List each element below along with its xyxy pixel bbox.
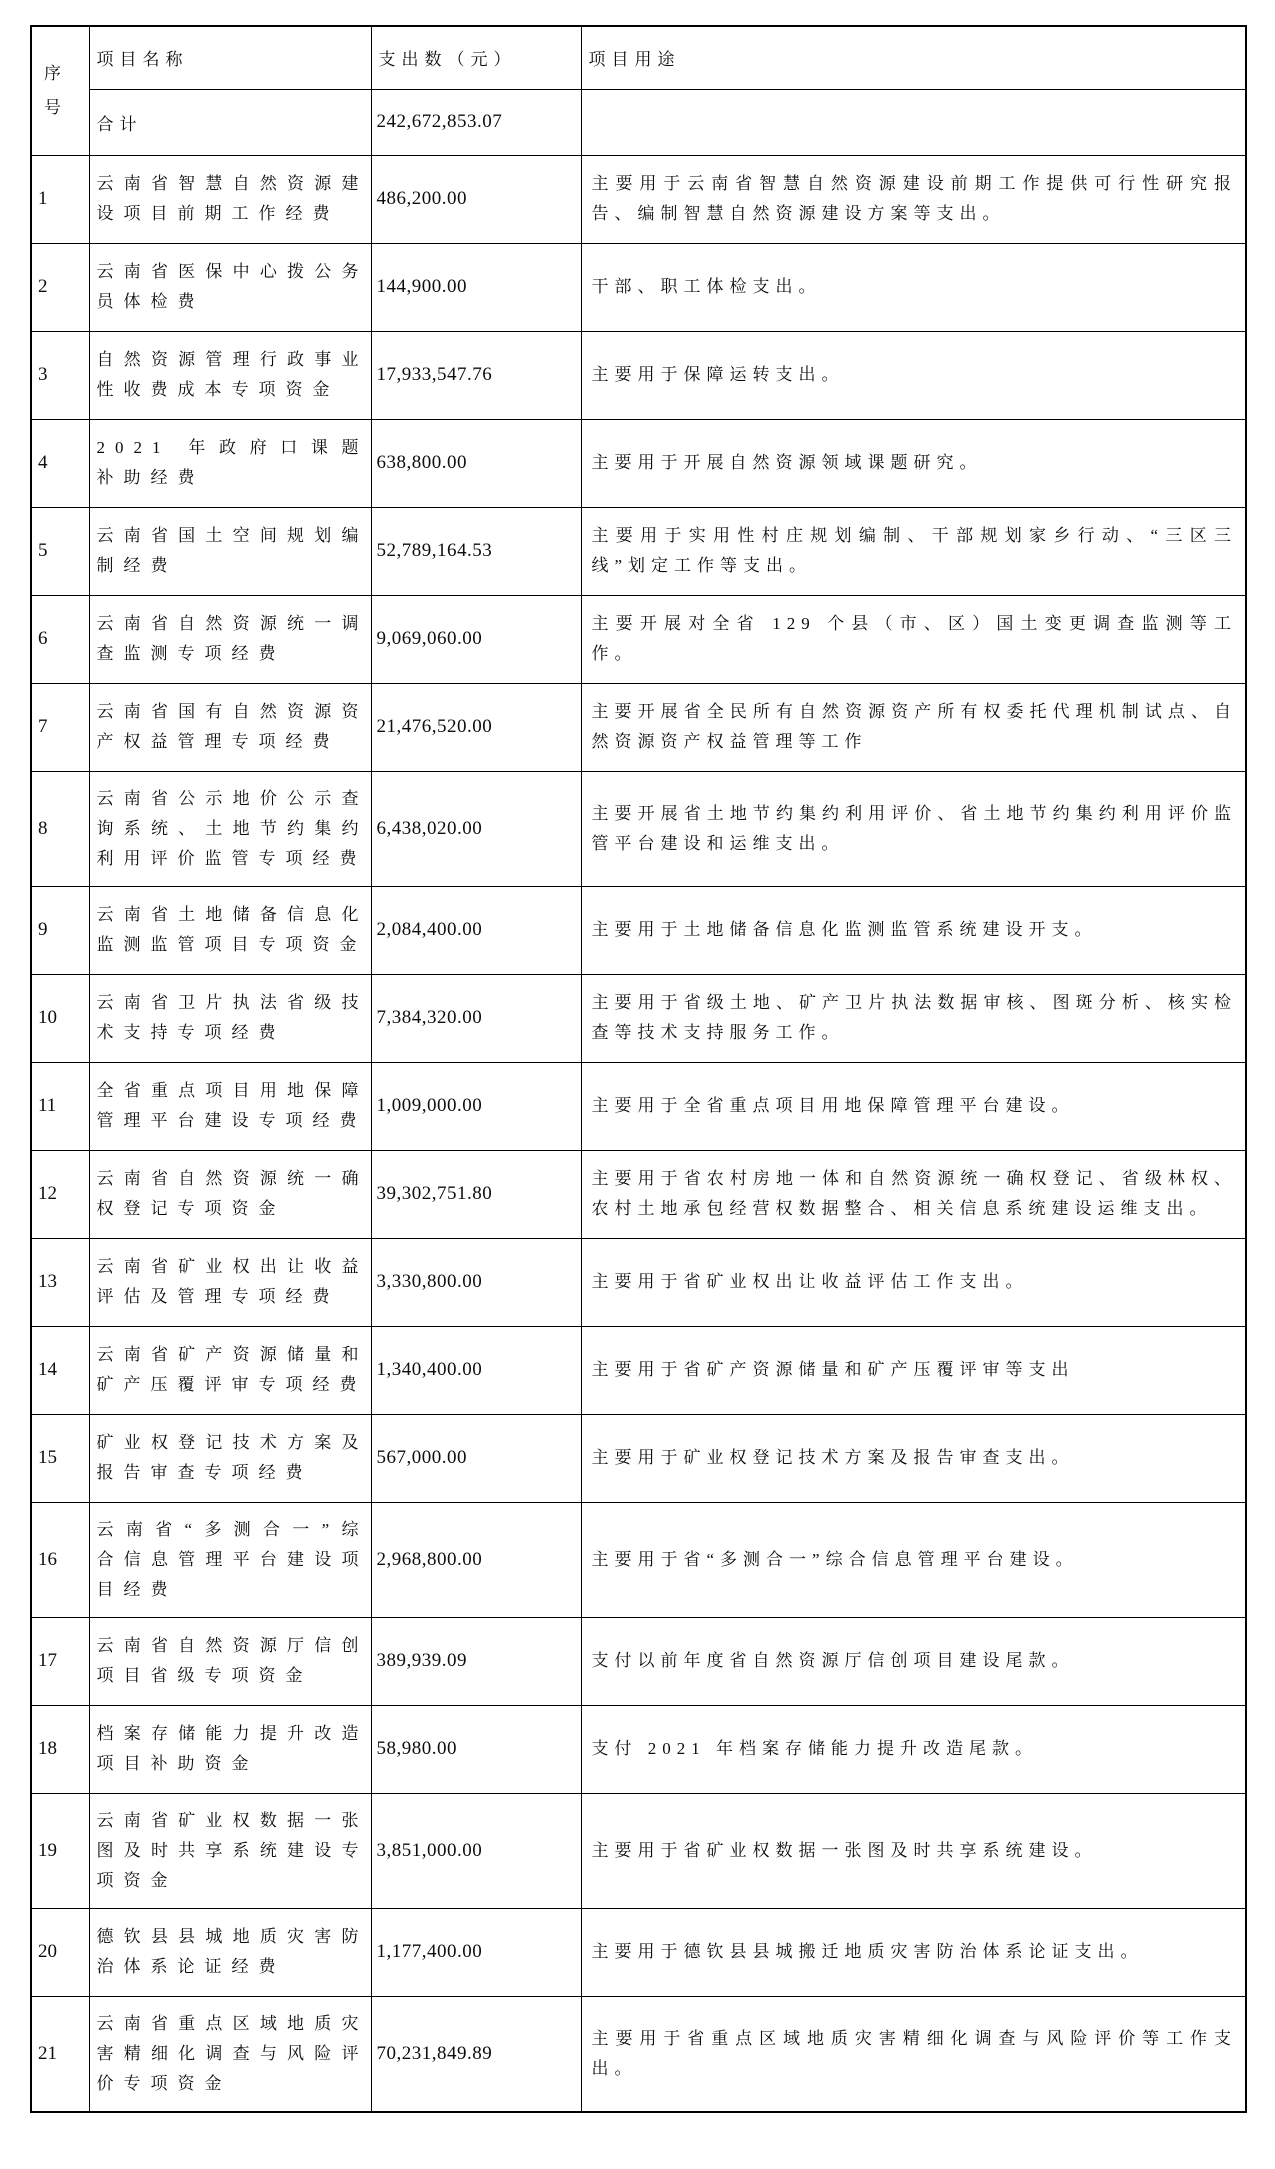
row-index-cell: 8: [31, 771, 89, 886]
project-name-cell: 档案存储能力提升改造项目补助资金: [89, 1705, 371, 1793]
document-page: 序号 项目名称 支出数（元） 项目用途 合计 242,672,853.07 1 …: [0, 0, 1275, 2169]
row-index-cell: 1: [31, 155, 89, 243]
amount-cell: 638,800.00: [371, 419, 581, 507]
purpose-cell: 主要用于云南省智慧自然资源建设前期工作提供可行性研究报告、编制智慧自然资源建设方…: [581, 155, 1246, 243]
table-row: 11 全省重点项目用地保障管理平台建设专项经费 1,009,000.00 主要用…: [31, 1062, 1246, 1150]
row-index-cell: 21: [31, 1996, 89, 2112]
table-row: 12 云南省自然资源统一确权登记专项资金 39,302,751.80 主要用于省…: [31, 1150, 1246, 1238]
purpose-cell: 主要开展省土地节约集约利用评价、省土地节约集约利用评价监管平台建设和运维支出。: [581, 771, 1246, 886]
row-index-cell: 10: [31, 974, 89, 1062]
table-row: 17 云南省自然资源厅信创项目省级专项资金 389,939.09 支付以前年度省…: [31, 1617, 1246, 1705]
purpose-cell: 主要用于矿业权登记技术方案及报告审查支出。: [581, 1414, 1246, 1502]
table-row: 6 云南省自然资源统一调查监测专项经费 9,069,060.00 主要开展对全省…: [31, 595, 1246, 683]
project-name-cell: 德钦县县城地质灾害防治体系论证经费: [89, 1908, 371, 1996]
purpose-cell: 干部、职工体检支出。: [581, 243, 1246, 331]
row-index-cell: 15: [31, 1414, 89, 1502]
table-row: 1 云南省智慧自然资源建设项目前期工作经费 486,200.00 主要用于云南省…: [31, 155, 1246, 243]
table-row: 5 云南省国土空间规划编制经费 52,789,164.53 主要用于实用性村庄规…: [31, 507, 1246, 595]
project-name-cell: 云南省国土空间规划编制经费: [89, 507, 371, 595]
table-body: 1 云南省智慧自然资源建设项目前期工作经费 486,200.00 主要用于云南省…: [31, 155, 1246, 2112]
expenditure-table: 序号 项目名称 支出数（元） 项目用途 合计 242,672,853.07 1 …: [30, 25, 1247, 2113]
table-row: 15 矿业权登记技术方案及报告审查专项经费 567,000.00 主要用于矿业权…: [31, 1414, 1246, 1502]
amount-cell: 70,231,849.89: [371, 1996, 581, 2112]
header-project-purpose: 项目用途: [581, 26, 1246, 89]
purpose-cell: 主要用于省矿业权数据一张图及时共享系统建设。: [581, 1793, 1246, 1908]
project-name-cell: 云南省公示地价公示查询系统、土地节约集约利用评价监管专项经费: [89, 771, 371, 886]
project-name-cell: 云南省自然资源统一确权登记专项资金: [89, 1150, 371, 1238]
project-name-cell: 矿业权登记技术方案及报告审查专项经费: [89, 1414, 371, 1502]
amount-cell: 52,789,164.53: [371, 507, 581, 595]
purpose-cell: 主要用于全省重点项目用地保障管理平台建设。: [581, 1062, 1246, 1150]
purpose-cell: 主要开展省全民所有自然资源资产所有权委托代理机制试点、自然资源资产权益管理等工作: [581, 683, 1246, 771]
project-name-cell: 云南省智慧自然资源建设项目前期工作经费: [89, 155, 371, 243]
row-index-cell: 6: [31, 595, 89, 683]
header-serial-number: 序号: [31, 26, 89, 155]
purpose-cell: 支付 2021 年档案存储能力提升改造尾款。: [581, 1705, 1246, 1793]
project-name-cell: 云南省国有自然资源资产权益管理专项经费: [89, 683, 371, 771]
row-index-cell: 13: [31, 1238, 89, 1326]
row-index-cell: 4: [31, 419, 89, 507]
amount-cell: 9,069,060.00: [371, 595, 581, 683]
row-index-cell: 9: [31, 886, 89, 974]
amount-cell: 1,009,000.00: [371, 1062, 581, 1150]
amount-cell: 2,968,800.00: [371, 1502, 581, 1617]
amount-cell: 3,851,000.00: [371, 1793, 581, 1908]
table-row: 8 云南省公示地价公示查询系统、土地节约集约利用评价监管专项经费 6,438,0…: [31, 771, 1246, 886]
purpose-cell: 主要用于实用性村庄规划编制、干部规划家乡行动、“三区三线”划定工作等支出。: [581, 507, 1246, 595]
project-name-cell: 云南省矿业权数据一张图及时共享系统建设专项资金: [89, 1793, 371, 1908]
table-row: 18 档案存储能力提升改造项目补助资金 58,980.00 支付 2021 年档…: [31, 1705, 1246, 1793]
table-row: 21 云南省重点区域地质灾害精细化调查与风险评价专项资金 70,231,849.…: [31, 1996, 1246, 2112]
purpose-cell: 主要用于土地储备信息化监测监管系统建设开支。: [581, 886, 1246, 974]
table-row: 16 云南省“多测合一”综合信息管理平台建设项目经费 2,968,800.00 …: [31, 1502, 1246, 1617]
purpose-cell: 主要用于省矿业权出让收益评估工作支出。: [581, 1238, 1246, 1326]
row-index-cell: 14: [31, 1326, 89, 1414]
total-amount: 242,672,853.07: [371, 89, 581, 155]
purpose-cell: 主要用于德钦县县城搬迁地质灾害防治体系论证支出。: [581, 1908, 1246, 1996]
purpose-cell: 支付以前年度省自然资源厅信创项目建设尾款。: [581, 1617, 1246, 1705]
purpose-cell: 主要用于省矿产资源储量和矿产压覆评审等支出: [581, 1326, 1246, 1414]
row-index-cell: 18: [31, 1705, 89, 1793]
project-name-cell: 云南省重点区域地质灾害精细化调查与风险评价专项资金: [89, 1996, 371, 2112]
table-row: 19 云南省矿业权数据一张图及时共享系统建设专项资金 3,851,000.00 …: [31, 1793, 1246, 1908]
project-name-cell: 云南省矿业权出让收益评估及管理专项经费: [89, 1238, 371, 1326]
table-header-row: 序号 项目名称 支出数（元） 项目用途: [31, 26, 1246, 89]
amount-cell: 7,384,320.00: [371, 974, 581, 1062]
purpose-cell: 主要用于开展自然资源领域课题研究。: [581, 419, 1246, 507]
table-row: 2 云南省医保中心拨公务员体检费 144,900.00 干部、职工体检支出。: [31, 243, 1246, 331]
amount-cell: 1,177,400.00: [371, 1908, 581, 1996]
project-name-cell: 全省重点项目用地保障管理平台建设专项经费: [89, 1062, 371, 1150]
row-index-cell: 16: [31, 1502, 89, 1617]
table-row: 9 云南省土地储备信息化监测监管项目专项资金 2,084,400.00 主要用于…: [31, 886, 1246, 974]
project-name-cell: 自然资源管理行政事业性收费成本专项资金: [89, 331, 371, 419]
project-name-cell: 2021 年政府口课题补助经费: [89, 419, 371, 507]
project-name-cell: 云南省土地储备信息化监测监管项目专项资金: [89, 886, 371, 974]
row-index-cell: 5: [31, 507, 89, 595]
row-index-cell: 20: [31, 1908, 89, 1996]
amount-cell: 17,933,547.76: [371, 331, 581, 419]
row-index-cell: 12: [31, 1150, 89, 1238]
project-name-cell: 云南省自然资源厅信创项目省级专项资金: [89, 1617, 371, 1705]
amount-cell: 567,000.00: [371, 1414, 581, 1502]
header-project-name: 项目名称: [89, 26, 371, 89]
table-row: 10 云南省卫片执法省级技术支持专项经费 7,384,320.00 主要用于省级…: [31, 974, 1246, 1062]
amount-cell: 39,302,751.80: [371, 1150, 581, 1238]
row-index-cell: 7: [31, 683, 89, 771]
purpose-cell: 主要开展对全省 129 个县（市、区）国土变更调查监测等工作。: [581, 595, 1246, 683]
table-row: 20 德钦县县城地质灾害防治体系论证经费 1,177,400.00 主要用于德钦…: [31, 1908, 1246, 1996]
amount-cell: 1,340,400.00: [371, 1326, 581, 1414]
amount-cell: 6,438,020.00: [371, 771, 581, 886]
table-row: 4 2021 年政府口课题补助经费 638,800.00 主要用于开展自然资源领…: [31, 419, 1246, 507]
header-expenditure-amount: 支出数（元）: [371, 26, 581, 89]
purpose-cell: 主要用于省农村房地一体和自然资源统一确权登记、省级林权、农村土地承包经营权数据整…: [581, 1150, 1246, 1238]
purpose-cell: 主要用于省“多测合一”综合信息管理平台建设。: [581, 1502, 1246, 1617]
project-name-cell: 云南省“多测合一”综合信息管理平台建设项目经费: [89, 1502, 371, 1617]
row-index-cell: 2: [31, 243, 89, 331]
amount-cell: 3,330,800.00: [371, 1238, 581, 1326]
purpose-cell: 主要用于省级土地、矿产卫片执法数据审核、图斑分析、核实检查等技术支持服务工作。: [581, 974, 1246, 1062]
amount-cell: 389,939.09: [371, 1617, 581, 1705]
project-name-cell: 云南省矿产资源储量和矿产压覆评审专项经费: [89, 1326, 371, 1414]
row-index-cell: 3: [31, 331, 89, 419]
table-row: 13 云南省矿业权出让收益评估及管理专项经费 3,330,800.00 主要用于…: [31, 1238, 1246, 1326]
table-row: 7 云南省国有自然资源资产权益管理专项经费 21,476,520.00 主要开展…: [31, 683, 1246, 771]
table-row: 3 自然资源管理行政事业性收费成本专项资金 17,933,547.76 主要用于…: [31, 331, 1246, 419]
total-purpose-empty: [581, 89, 1246, 155]
total-row: 合计 242,672,853.07: [31, 89, 1246, 155]
project-name-cell: 云南省医保中心拨公务员体检费: [89, 243, 371, 331]
amount-cell: 144,900.00: [371, 243, 581, 331]
row-index-cell: 11: [31, 1062, 89, 1150]
amount-cell: 21,476,520.00: [371, 683, 581, 771]
row-index-cell: 17: [31, 1617, 89, 1705]
project-name-cell: 云南省卫片执法省级技术支持专项经费: [89, 974, 371, 1062]
amount-cell: 486,200.00: [371, 155, 581, 243]
row-index-cell: 19: [31, 1793, 89, 1908]
amount-cell: 2,084,400.00: [371, 886, 581, 974]
table-row: 14 云南省矿产资源储量和矿产压覆评审专项经费 1,340,400.00 主要用…: [31, 1326, 1246, 1414]
purpose-cell: 主要用于省重点区域地质灾害精细化调查与风险评价等工作支出。: [581, 1996, 1246, 2112]
amount-cell: 58,980.00: [371, 1705, 581, 1793]
project-name-cell: 云南省自然资源统一调查监测专项经费: [89, 595, 371, 683]
total-label: 合计: [89, 89, 371, 155]
purpose-cell: 主要用于保障运转支出。: [581, 331, 1246, 419]
